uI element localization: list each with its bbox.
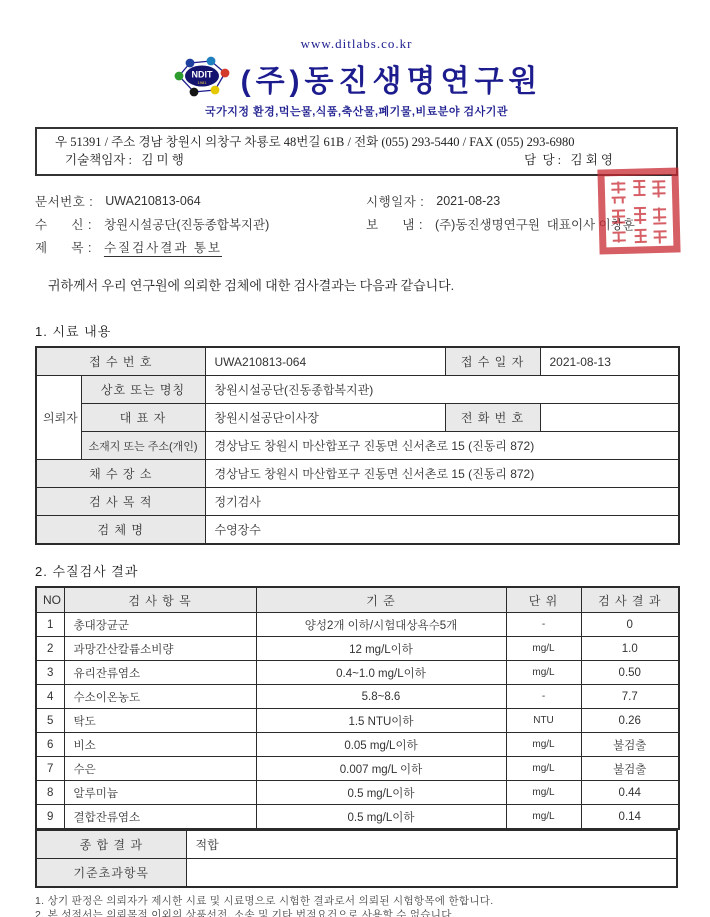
receipt-date: 2021-08-13	[540, 347, 679, 376]
doc-no: UWA210813-064	[105, 194, 200, 208]
result-cell-result: 0.14	[581, 805, 679, 830]
result-cell-item: 탁도	[64, 709, 256, 733]
sample-name: 수영장수	[205, 516, 679, 545]
col-item: 검 사 항 목	[64, 587, 256, 613]
result-cell-standard: 0.05 mg/L이하	[256, 733, 506, 757]
result-cell-no: 5	[36, 709, 64, 733]
tech-manager: 기술책임자 : 김 미 행	[55, 151, 184, 169]
client-name-label: 상호 또는 명칭	[81, 376, 205, 404]
phone	[540, 404, 679, 432]
result-cell-item: 총대장균군	[64, 613, 256, 637]
report-page: www.ditlabs.co.kr NDIT 1981 (주)동진생명연구원 국…	[0, 0, 710, 917]
sample-name-label: 검 체 명	[36, 516, 205, 545]
subject: 수질검사결과 통보	[104, 238, 222, 256]
result-cell-item: 결합잔류염소	[64, 805, 256, 830]
logo-text: NDIT	[191, 69, 212, 79]
sender-label: 보 냄 :	[366, 215, 423, 233]
sampling-place: 경상남도 창원시 마산합포구 진동면 신서촌로 15 (진동리 872)	[205, 460, 679, 488]
result-cell-item: 수소이온농도	[64, 685, 256, 709]
website-url: www.ditlabs.co.kr	[35, 36, 678, 52]
result-cell-item: 유리잔류염소	[64, 661, 256, 685]
phone-label: 전 화 번 호	[445, 404, 540, 432]
result-cell-result: 불검출	[581, 757, 679, 781]
result-cell-item: 수은	[64, 757, 256, 781]
company-logo-icon: NDIT 1981	[171, 53, 233, 104]
recipient-label: 수 신 :	[35, 215, 92, 233]
result-row: 9결합잔류염소0.5 mg/L이하mg/L0.14	[36, 805, 679, 830]
result-cell-standard: 1.5 NTU이하	[256, 709, 506, 733]
result-cell-standard: 0.007 mg/L 이하	[256, 757, 506, 781]
intro-sentence: 귀하께서 우리 연구원에 의뢰한 검체에 대한 검사결과는 다음과 같습니다.	[35, 275, 678, 294]
result-cell-result: 0.44	[581, 781, 679, 805]
section1-title: 1. 시료 내용	[35, 321, 678, 340]
result-cell-standard: 5.8~8.6	[256, 685, 506, 709]
result-cell-result: 7.7	[581, 685, 679, 709]
representative: 창원시설공단이사장	[205, 404, 445, 432]
exceed-label: 기준초과항목	[36, 859, 186, 888]
sender: (주)동진생명연구원 대표이사 이창훈	[435, 215, 635, 233]
recipient: 창원시설공단(진동종합복지관)	[104, 215, 269, 233]
result-row: 6비소0.05 mg/L이하mg/L불검출	[36, 733, 679, 757]
result-cell-item: 알루미늄	[64, 781, 256, 805]
result-cell-result: 0.50	[581, 661, 679, 685]
result-cell-unit: mg/L	[506, 757, 581, 781]
result-cell-unit: mg/L	[506, 805, 581, 830]
result-cell-no: 6	[36, 733, 64, 757]
result-row: 7수은0.007 mg/L 이하mg/L불검출	[36, 757, 679, 781]
result-row: 1총대장균군양성2개 이하/시험대상욕수5개-0	[36, 613, 679, 637]
footnotes: 1. 상기 판정은 의뢰자가 제시한 시료 및 시료명으로 시험한 결과로서 의…	[35, 895, 678, 917]
result-cell-no: 3	[36, 661, 64, 685]
col-result: 검 사 결 과	[581, 587, 679, 613]
result-cell-no: 9	[36, 805, 64, 830]
contact-person: 담 당 : 김 회 영	[524, 151, 668, 169]
result-cell-result: 0.26	[581, 709, 679, 733]
table-row: 종 합 결 과 적합	[36, 830, 677, 859]
purpose-label: 검 사 목 적	[36, 488, 205, 516]
issue-date-label: 시행일자 :	[366, 192, 424, 210]
table-row: 검 체 명 수영장수	[36, 516, 679, 545]
result-cell-unit: mg/L	[506, 733, 581, 757]
company-name: (주)동진생명연구원	[241, 56, 543, 100]
company-subtitle: 국가지정 환경,먹는물,식품,축산물,폐기물,비료분야 검사기관	[35, 103, 678, 119]
receipt-date-label: 접 수 일 자	[445, 347, 540, 376]
section2-title: 2. 수질검사 결과	[35, 561, 678, 580]
summary-table: 종 합 결 과 적합 기준초과항목	[35, 829, 678, 888]
result-cell-standard: 0.5 mg/L이하	[256, 781, 506, 805]
result-cell-unit: NTU	[506, 709, 581, 733]
footnote: 1. 상기 판정은 의뢰자가 제시한 시료 및 시료명으로 시험한 결과로서 의…	[35, 895, 678, 909]
result-cell-no: 4	[36, 685, 64, 709]
result-cell-unit: mg/L	[506, 637, 581, 661]
result-cell-unit: -	[506, 685, 581, 709]
col-standard: 기 준	[256, 587, 506, 613]
result-row: 2과망간산칼륨소비량12 mg/L이하mg/L1.0	[36, 637, 679, 661]
result-header-row: NO 검 사 항 목 기 준 단 위 검 사 결 과	[36, 587, 679, 613]
issue-date: 2021-08-23	[436, 194, 500, 208]
document-info: 문서번호 : UWA210813-064 시행일자 : 2021-08-23 수…	[35, 189, 678, 258]
table-row: 기준초과항목	[36, 859, 677, 888]
result-row: 3유리잔류염소0.4~1.0 mg/L이하mg/L0.50	[36, 661, 679, 685]
subject-label: 제 목 :	[35, 238, 92, 256]
sampling-place-label: 채 수 장 소	[36, 460, 205, 488]
receipt-no: UWA210813-064	[205, 347, 445, 376]
client-name: 창원시설공단(진동종합복지관)	[205, 376, 679, 404]
svg-text:1981: 1981	[197, 80, 207, 85]
result-cell-unit: mg/L	[506, 661, 581, 685]
table-row: 채 수 장 소 경상남도 창원시 마산합포구 진동면 신서촌로 15 (진동리 …	[36, 460, 679, 488]
col-unit: 단 위	[506, 587, 581, 613]
client-address: 경상남도 창원시 마산합포구 진동면 신서촌로 15 (진동리 872)	[205, 432, 679, 460]
result-cell-standard: 12 mg/L이하	[256, 637, 506, 661]
result-cell-standard: 0.5 mg/L이하	[256, 805, 506, 830]
receipt-no-label: 접 수 번 호	[36, 347, 205, 376]
result-cell-result: 1.0	[581, 637, 679, 661]
table-row: 소재지 또는 주소(개인) 경상남도 창원시 마산합포구 진동면 신서촌로 15…	[36, 432, 679, 460]
result-cell-unit: -	[506, 613, 581, 637]
result-cell-standard: 0.4~1.0 mg/L이하	[256, 661, 506, 685]
table-row: 검 사 목 적 정기검사	[36, 488, 679, 516]
summary-result: 적합	[186, 830, 677, 859]
result-cell-result: 불검출	[581, 733, 679, 757]
representative-label: 대 표 자	[81, 404, 205, 432]
result-cell-item: 비소	[64, 733, 256, 757]
table-row: 의뢰자 상호 또는 명칭 창원시설공단(진동종합복지관)	[36, 376, 679, 404]
doc-no-label: 문서번호 :	[35, 192, 93, 210]
result-cell-no: 8	[36, 781, 64, 805]
result-cell-standard: 양성2개 이하/시험대상욕수5개	[256, 613, 506, 637]
purpose: 정기검사	[205, 488, 679, 516]
result-row: 8알루미늄0.5 mg/L이하mg/L0.44	[36, 781, 679, 805]
table-row: 접 수 번 호 UWA210813-064 접 수 일 자 2021-08-13	[36, 347, 679, 376]
result-cell-item: 과망간산칼륨소비량	[64, 637, 256, 661]
result-table: NO 검 사 항 목 기 준 단 위 검 사 결 과 1총대장균군양성2개 이하…	[35, 586, 680, 830]
client-address-label: 소재지 또는 주소(개인)	[81, 432, 205, 460]
footnote: 2. 본 성적서는 의뢰목적 이외의 상품선전, 소송 및 기타 법적요건으로 …	[35, 909, 678, 917]
result-cell-unit: mg/L	[506, 781, 581, 805]
address-box: 우 51391 / 주소 경남 창원시 의창구 차룡로 48번길 61B / 전…	[35, 127, 678, 176]
result-cell-no: 7	[36, 757, 64, 781]
client-label: 의뢰자	[36, 376, 81, 460]
table-row: 대 표 자 창원시설공단이사장 전 화 번 호	[36, 404, 679, 432]
address-line: 우 51391 / 주소 경남 창원시 의창구 차룡로 48번길 61B / 전…	[55, 133, 668, 151]
result-cell-no: 2	[36, 637, 64, 661]
exceed-items	[186, 859, 677, 888]
result-row: 5탁도1.5 NTU이하NTU0.26	[36, 709, 679, 733]
result-cell-no: 1	[36, 613, 64, 637]
sample-info-table: 접 수 번 호 UWA210813-064 접 수 일 자 2021-08-13…	[35, 346, 680, 545]
col-no: NO	[36, 587, 64, 613]
result-row: 4수소이온농도5.8~8.6-7.7	[36, 685, 679, 709]
result-cell-result: 0	[581, 613, 679, 637]
brand-row: NDIT 1981 (주)동진생명연구원	[35, 54, 678, 102]
summary-label: 종 합 결 과	[36, 830, 186, 859]
